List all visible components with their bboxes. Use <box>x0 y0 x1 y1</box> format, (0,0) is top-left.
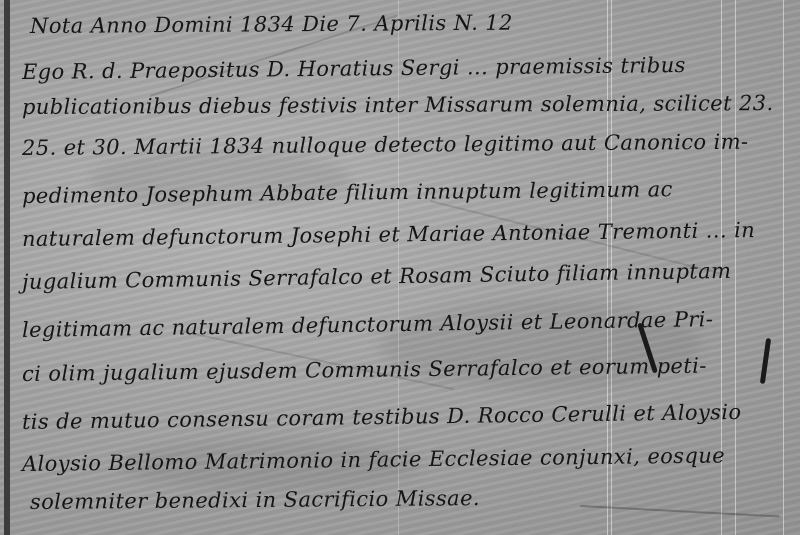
entry-header-line: Nota Anno Domini 1834 Die 7. Aprilis N. … <box>30 11 513 38</box>
document-scan: Nota Anno Domini 1834 Die 7. Aprilis N. … <box>0 0 800 535</box>
text-line: publicationibus diebus festivis inter Mi… <box>22 91 774 119</box>
scan-artifact-line <box>735 0 736 535</box>
text-line: Ego R. d. Praepositus D. Horatius Sergi … <box>22 53 686 84</box>
text-line: jugalium Communis Serrafalco et Rosam Sc… <box>22 259 732 294</box>
ink-flourish <box>760 338 771 384</box>
closing-flourish <box>580 505 780 517</box>
text-line: solemniter benedixi in Sacrificio Missae… <box>30 486 480 514</box>
text-line: Aloysio Bellomo Matrimonio in facie Eccl… <box>22 443 725 476</box>
text-line: naturalem defunctorum Josephi et Mariae … <box>22 218 755 251</box>
scan-artifact-line <box>783 0 784 535</box>
text-line: tis de mutuo consensu coram testibus D. … <box>22 400 742 434</box>
page-edge-border <box>4 0 10 535</box>
text-line: 25. et 30. Martii 1834 nulloque detecto … <box>22 130 749 160</box>
